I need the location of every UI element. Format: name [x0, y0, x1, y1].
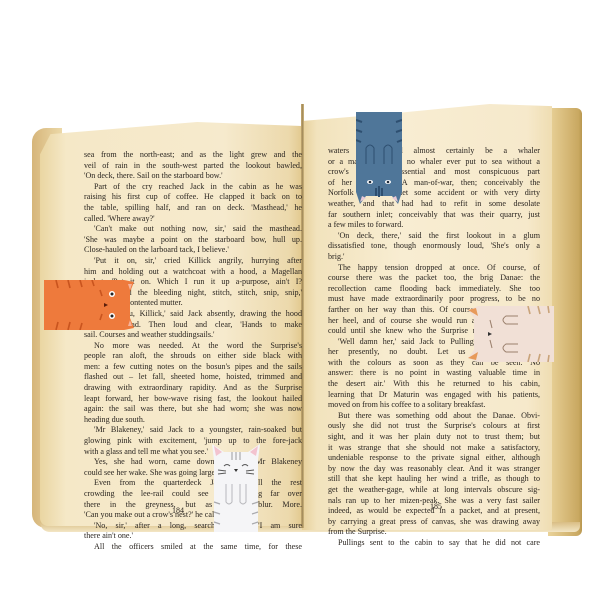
text-line: with a glass and tell me what you see.': [84, 447, 302, 458]
text-line: glowing pink with excitement, 'jump up t…: [84, 436, 302, 447]
text-line: Even from the quarterdeck Jack and all t…: [84, 478, 302, 489]
text-line: the table, spilling half, and ran on dec…: [84, 203, 302, 214]
text-line: far southern inlet; conceivably that was…: [328, 210, 540, 221]
text-line: sail. Courses and weather studdingsails.…: [84, 330, 302, 341]
blue-cat-bookmark[interactable]: [356, 112, 402, 204]
book-photo: sea from the north-east; and as the ligh…: [0, 0, 600, 595]
text-line: learning that Dr Maturin was engaged wit…: [328, 390, 540, 401]
text-line: course there was the packet too, the bri…: [328, 273, 540, 284]
text-line: Yes, she had worn, came down the cry: Mr…: [84, 457, 302, 468]
text-line: answer: there is no point in wasting val…: [328, 368, 540, 379]
text-line: The happy tension dropped at once. Of co…: [328, 263, 540, 274]
text-line: Pullings sent to the cabin to say that h…: [328, 538, 540, 549]
left-page-text: sea from the north-east; and as the ligh…: [84, 150, 302, 553]
text-line: brig.': [328, 252, 540, 263]
text-line: must have made extraordinarily poor prog…: [328, 294, 540, 305]
text-line: crowding the lee-rail could see her loom…: [84, 489, 302, 500]
text-line: No more was needed. At the word the Surp…: [84, 341, 302, 352]
beige-cat-bookmark[interactable]: [468, 306, 554, 362]
text-line: But there was something odd about the Da…: [328, 411, 540, 422]
text-line: 'On deck, there,' said the first lookout…: [328, 231, 540, 242]
text-line: sight, and it was her plain duty not to …: [328, 432, 540, 443]
text-line: there in the greyness, but as a pale blu…: [84, 500, 302, 511]
text-line: raising his first cup of coffee. He clap…: [84, 192, 302, 203]
text-line: people ran aloft, the shrouds on either …: [84, 351, 302, 362]
text-line: still that she kept hauling her wind a t…: [328, 474, 540, 485]
text-line: a few miles to forward.: [328, 220, 540, 231]
text-line: ously she did not trust the Surprise's c…: [328, 421, 540, 432]
white-cat-bookmark[interactable]: [210, 440, 262, 532]
text-line: heading due south.: [84, 415, 302, 426]
text-line: dissatisfied tone, though enormously lou…: [328, 241, 540, 252]
text-line: Part of the cry reached Jack in the cabi…: [84, 182, 302, 193]
text-line: 'She was maybe a point on the starboard …: [84, 235, 302, 246]
text-line: him and holding out a watchcoat with a h…: [84, 267, 302, 278]
text-line: men: a few cutting notes on the bosun's …: [84, 362, 302, 373]
text-line: from the Surprise.: [328, 527, 540, 538]
text-line: could see her wake. She was going large.: [84, 468, 302, 479]
text-line: 'No, sir,' after a long, searching look.…: [84, 521, 302, 532]
text-line: undeniable response to the private signa…: [328, 453, 540, 464]
text-line: by carrying a great press of canvas, she…: [328, 517, 540, 528]
text-line: by now the day was reasonably clear. And…: [328, 464, 540, 475]
text-line: flashed out – let fall, sheeted home, ho…: [84, 372, 302, 383]
text-line: Close-hauled on the larboard tack, I bel…: [84, 245, 302, 256]
text-line: All the officers smiled at the same time…: [84, 542, 302, 553]
text-line: 'Mr Blakeney,' said Jack to a youngster,…: [84, 425, 302, 436]
text-line: sea from the north-east; and as the ligh…: [84, 150, 302, 161]
text-line: moved on from his coffee to a solitary b…: [328, 400, 540, 411]
page-number-left: 184: [172, 506, 184, 515]
text-line: get the weather-gage, while at long inte…: [328, 485, 540, 496]
orange-cat-bookmark[interactable]: [44, 280, 136, 330]
text-line: the desert air.' With this he returned t…: [328, 379, 540, 390]
text-line: 'On deck, there. Sail on the starboard b…: [84, 171, 302, 182]
text-line: recollection came flooding back immediat…: [328, 284, 540, 295]
text-line: leapt forward, her bow-wave rising fast,…: [84, 394, 302, 405]
text-line: 'Put it on, sir,' cried Killick angrily,…: [84, 256, 302, 267]
text-line: drawing with extraordinary rapidity. And…: [84, 383, 302, 394]
text-line: there ain't one.': [84, 531, 302, 542]
text-line: 'Can't make out nothing now, sir,' said …: [84, 224, 302, 235]
text-line: it was strange that she should not make …: [328, 443, 540, 454]
text-line: called. 'Where away?': [84, 214, 302, 225]
text-line: veil of rain in the south-west parted th…: [84, 161, 302, 172]
text-line: again: the sail was there, but she had w…: [84, 404, 302, 415]
text-line: 'Can you make out a crow's nest?' he cal…: [84, 510, 302, 521]
page-number-right: 185: [430, 502, 442, 511]
